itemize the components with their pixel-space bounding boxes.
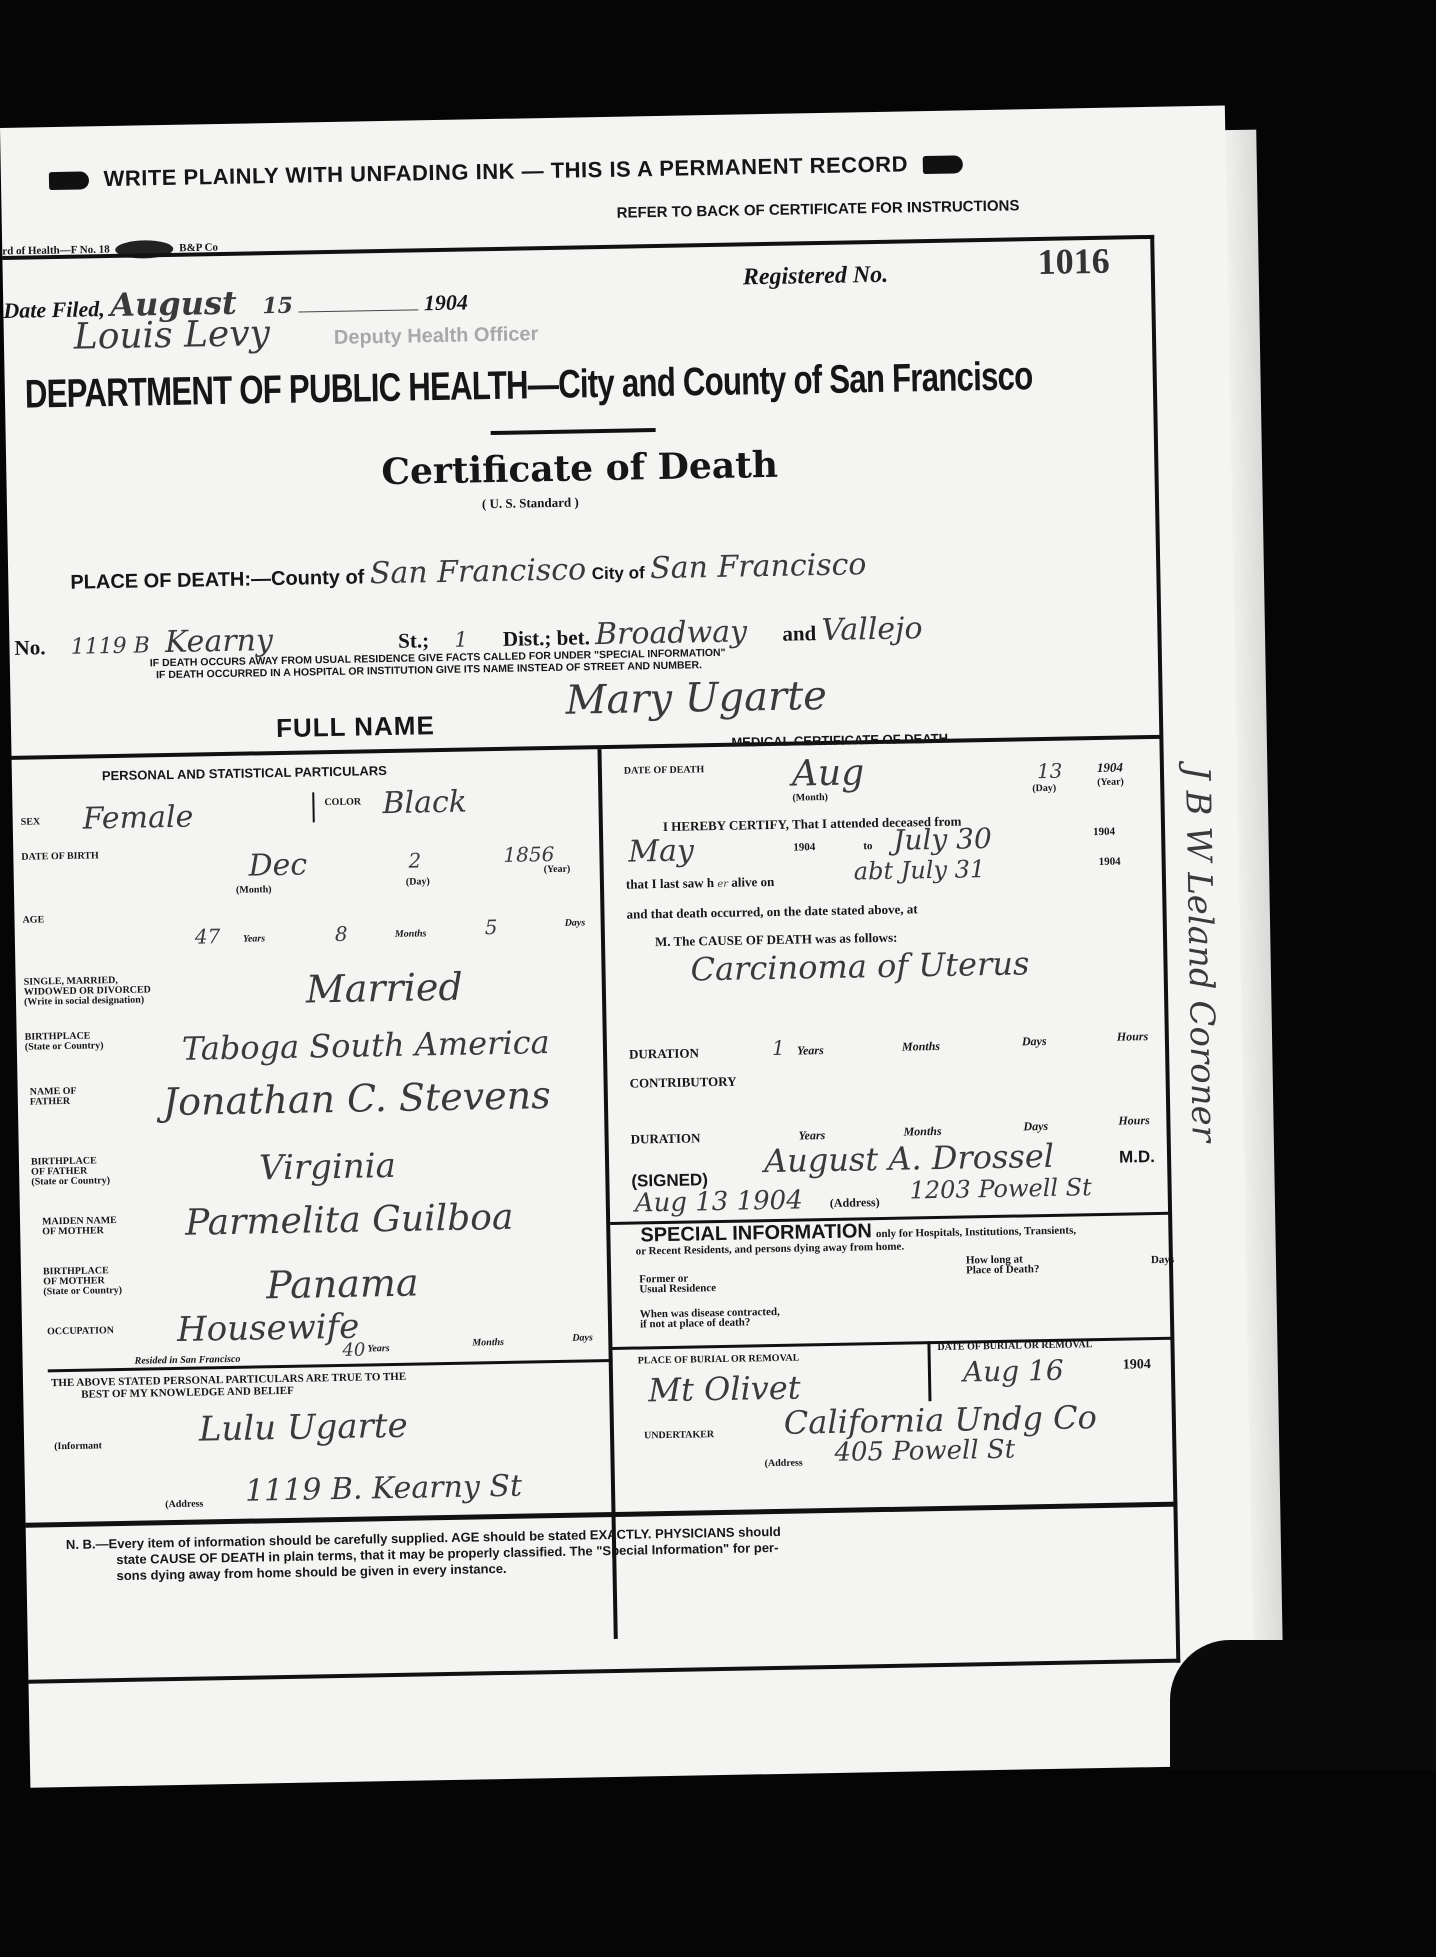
mother-birthplace-label: BIRTHPLACE OF MOTHER (State or Country) (43, 1266, 122, 1297)
alive-on-label: alive on (731, 874, 774, 890)
attended-to-year: 1904 (1093, 826, 1115, 838)
dob-year-caption: (Year) (544, 865, 571, 875)
age-months: 8 (335, 922, 348, 946)
birthplace-label: BIRTHPLACE (State or Country) (25, 1031, 104, 1052)
burial-date-value: Aug 16 (963, 1354, 1064, 1389)
resided-years: 40 (342, 1340, 365, 1361)
pointing-hand-icon (922, 156, 962, 175)
full-name-label: FULL NAME (276, 710, 435, 744)
duration-hours-label: Hours (1117, 1029, 1149, 1045)
father-birthplace-label: BIRTHPLACE OF FATHER (State or Country) (31, 1156, 110, 1187)
age-label: AGE (22, 915, 44, 925)
burial-place-value: Mt Olivet (648, 1369, 801, 1410)
resided-years-label: Years (367, 1343, 389, 1354)
cause-of-death-value: Carcinoma of Uterus (690, 944, 1029, 988)
dob-month-caption: (Month) (236, 885, 272, 896)
informant-value: Lulu Ugarte (199, 1406, 408, 1450)
dob-label: DATE OF BIRTH (21, 851, 99, 862)
sex-value: Female (82, 800, 193, 837)
signed-date: Aug 13 1904 (635, 1185, 803, 1218)
dod-day-caption: (Day) (1032, 784, 1056, 794)
between-street-2: Vallejo (821, 611, 923, 648)
certificate-title: Certificate of Death (381, 444, 778, 493)
undertaker-address-value: 405 Powell St (834, 1435, 1015, 1468)
color-label: COLOR (324, 797, 361, 808)
birthplace-label-2: (State or Country) (25, 1041, 104, 1052)
st-label: St.; (398, 628, 429, 653)
marital-value: Married (305, 965, 463, 1012)
dob-day-caption: (Day) (406, 877, 430, 887)
dod-year: 1904 (1097, 760, 1123, 776)
duration-2-label: DURATION (631, 1133, 701, 1144)
last-saw-date: abt July 31 (854, 855, 986, 885)
coroner-margin-note: J B W Leland Coroner (1177, 766, 1224, 1142)
attended-to: July 30 (893, 822, 992, 857)
date-of-death-label: DATE OF DEATH (624, 765, 705, 776)
dob-month: Dec (248, 847, 307, 883)
dist-label: Dist.; bet. (503, 625, 590, 651)
contracted-label: When was disease contracted, if not at p… (640, 1307, 780, 1330)
full-name-value: Mary Ugarte (565, 673, 827, 724)
county-value: San Francisco (370, 552, 587, 591)
last-saw-label: that I last saw h er alive on (626, 874, 775, 893)
age-years: 47 (195, 924, 221, 948)
resided-days-label: Days (572, 1332, 593, 1343)
resided-label: Resided in San Francisco (135, 1354, 241, 1367)
md-label: M.D. (1119, 1147, 1155, 1168)
place-of-death-label: PLACE OF DEATH:—County of (70, 566, 364, 593)
footnote-lead: N. B.— (66, 1536, 109, 1552)
duration-2-months-label: Months (903, 1124, 941, 1140)
birthplace-value: Taboga South America (182, 1023, 550, 1068)
sex-label: SEX (21, 817, 41, 827)
age-years-label: Years (243, 933, 265, 944)
father-bp-label-3: (State or Country) (31, 1176, 110, 1187)
burial-year-value: 1904 (1123, 1357, 1151, 1374)
mother-label-2: OF MOTHER (42, 1226, 117, 1237)
duration-2-hours-label: Hours (1118, 1113, 1150, 1129)
mother-bp-label-3: (State or Country) (43, 1286, 122, 1297)
last-saw-text: that I last saw h (626, 875, 714, 892)
dob-day: 2 (408, 848, 421, 872)
city-value: San Francisco (650, 547, 867, 586)
duration-years: 1 (772, 1036, 785, 1060)
city-label: City of (592, 563, 645, 583)
former-residence-label: Former or Usual Residence (639, 1273, 716, 1294)
informant-address-label: (Address (165, 1500, 203, 1511)
attended-from-year: 1904 (793, 841, 815, 853)
scan-shadow (1170, 1640, 1436, 1770)
refer-instructions: REFER TO BACK OF CERTIFICATE FOR INSTRUC… (617, 197, 1020, 221)
deputy-signature: Louis Levy (73, 313, 270, 358)
how-long-days-label: Days (1151, 1255, 1174, 1265)
age-months-label: Months (395, 928, 427, 940)
deputy-title-stamp: Deputy Health Officer (334, 323, 539, 350)
last-saw-her: er (717, 879, 728, 890)
how-long-label-2: Place of Death? (966, 1264, 1039, 1275)
occupation-value: Housewife (177, 1307, 360, 1350)
duration-2-days-label: Days (1023, 1119, 1048, 1134)
street-no-value: 1119 B (70, 633, 150, 659)
how-long-label: How long at Place of Death? (966, 1254, 1040, 1275)
duration-years-label: Years (797, 1043, 824, 1058)
father-value: Jonathan C. Stevens (162, 1073, 551, 1124)
death-certificate-page: WRITE PLAINLY WITH UNFADING INK — THIS I… (0, 106, 1255, 1788)
informant-label: (Informant (54, 1441, 102, 1452)
marital-label: SINGLE, MARRIED, WIDOWED OR DIVORCED (Wr… (24, 975, 152, 1007)
and-label: and (782, 621, 816, 646)
attended-from: May (628, 833, 694, 869)
mother-birthplace-value: Panama (266, 1261, 419, 1308)
undertaker-address-label: (Address (765, 1459, 803, 1470)
mother-label: MAIDEN NAME OF MOTHER (42, 1216, 117, 1237)
to-label: to (863, 840, 872, 852)
last-saw-year: 1904 (1099, 856, 1121, 868)
duration-label: DURATION (629, 1048, 699, 1059)
undertaker-label: UNDERTAKER (644, 1430, 714, 1441)
dod-year-caption: (Year) (1097, 778, 1124, 788)
street-no-label: No. (14, 635, 45, 660)
duration-months-label: Months (902, 1039, 940, 1055)
former-residence-label-2: Usual Residence (639, 1283, 716, 1294)
ink-warning: WRITE PLAINLY WITH UNFADING INK — THIS I… (41, 150, 971, 193)
contributory-label: CONTRIBUTORY (630, 1077, 737, 1089)
duration-days-label: Days (1022, 1034, 1047, 1049)
father-birthplace-value: Virginia (259, 1146, 396, 1188)
ink-warning-text: WRITE PLAINLY WITH UNFADING INK — THIS I… (103, 151, 908, 191)
pointing-hand-icon (49, 172, 89, 191)
mother-value: Parmelita Guilboa (185, 1197, 514, 1244)
father-label-2: FATHER (30, 1097, 77, 1108)
dod-month: Aug (792, 752, 865, 794)
registered-number: 1016 (1037, 240, 1110, 283)
resided-months-label: Months (472, 1337, 504, 1349)
father-label: NAME OF FATHER (30, 1087, 77, 1108)
age-days: 5 (485, 915, 498, 939)
dod-day: 13 (1037, 759, 1063, 783)
dod-month-caption: (Month) (792, 793, 828, 804)
us-standard-label: ( U. S. Standard ) (482, 494, 579, 512)
physician-address-value: 1203 Powell St (909, 1173, 1092, 1204)
district-value: 1 (454, 628, 468, 652)
age-days-label: Days (565, 917, 586, 928)
color-value: Black (382, 785, 467, 822)
informant-address-value: 1119 B. Kearny St (245, 1469, 523, 1509)
registered-label: Registered No. (743, 262, 889, 292)
occupation-label: OCCUPATION (47, 1326, 114, 1337)
date-filed-year: 1904 (424, 289, 468, 315)
special-info-note: only for Hospitals, Institutions, Transi… (876, 1224, 1076, 1240)
physician-address-label: (Address) (830, 1197, 880, 1208)
